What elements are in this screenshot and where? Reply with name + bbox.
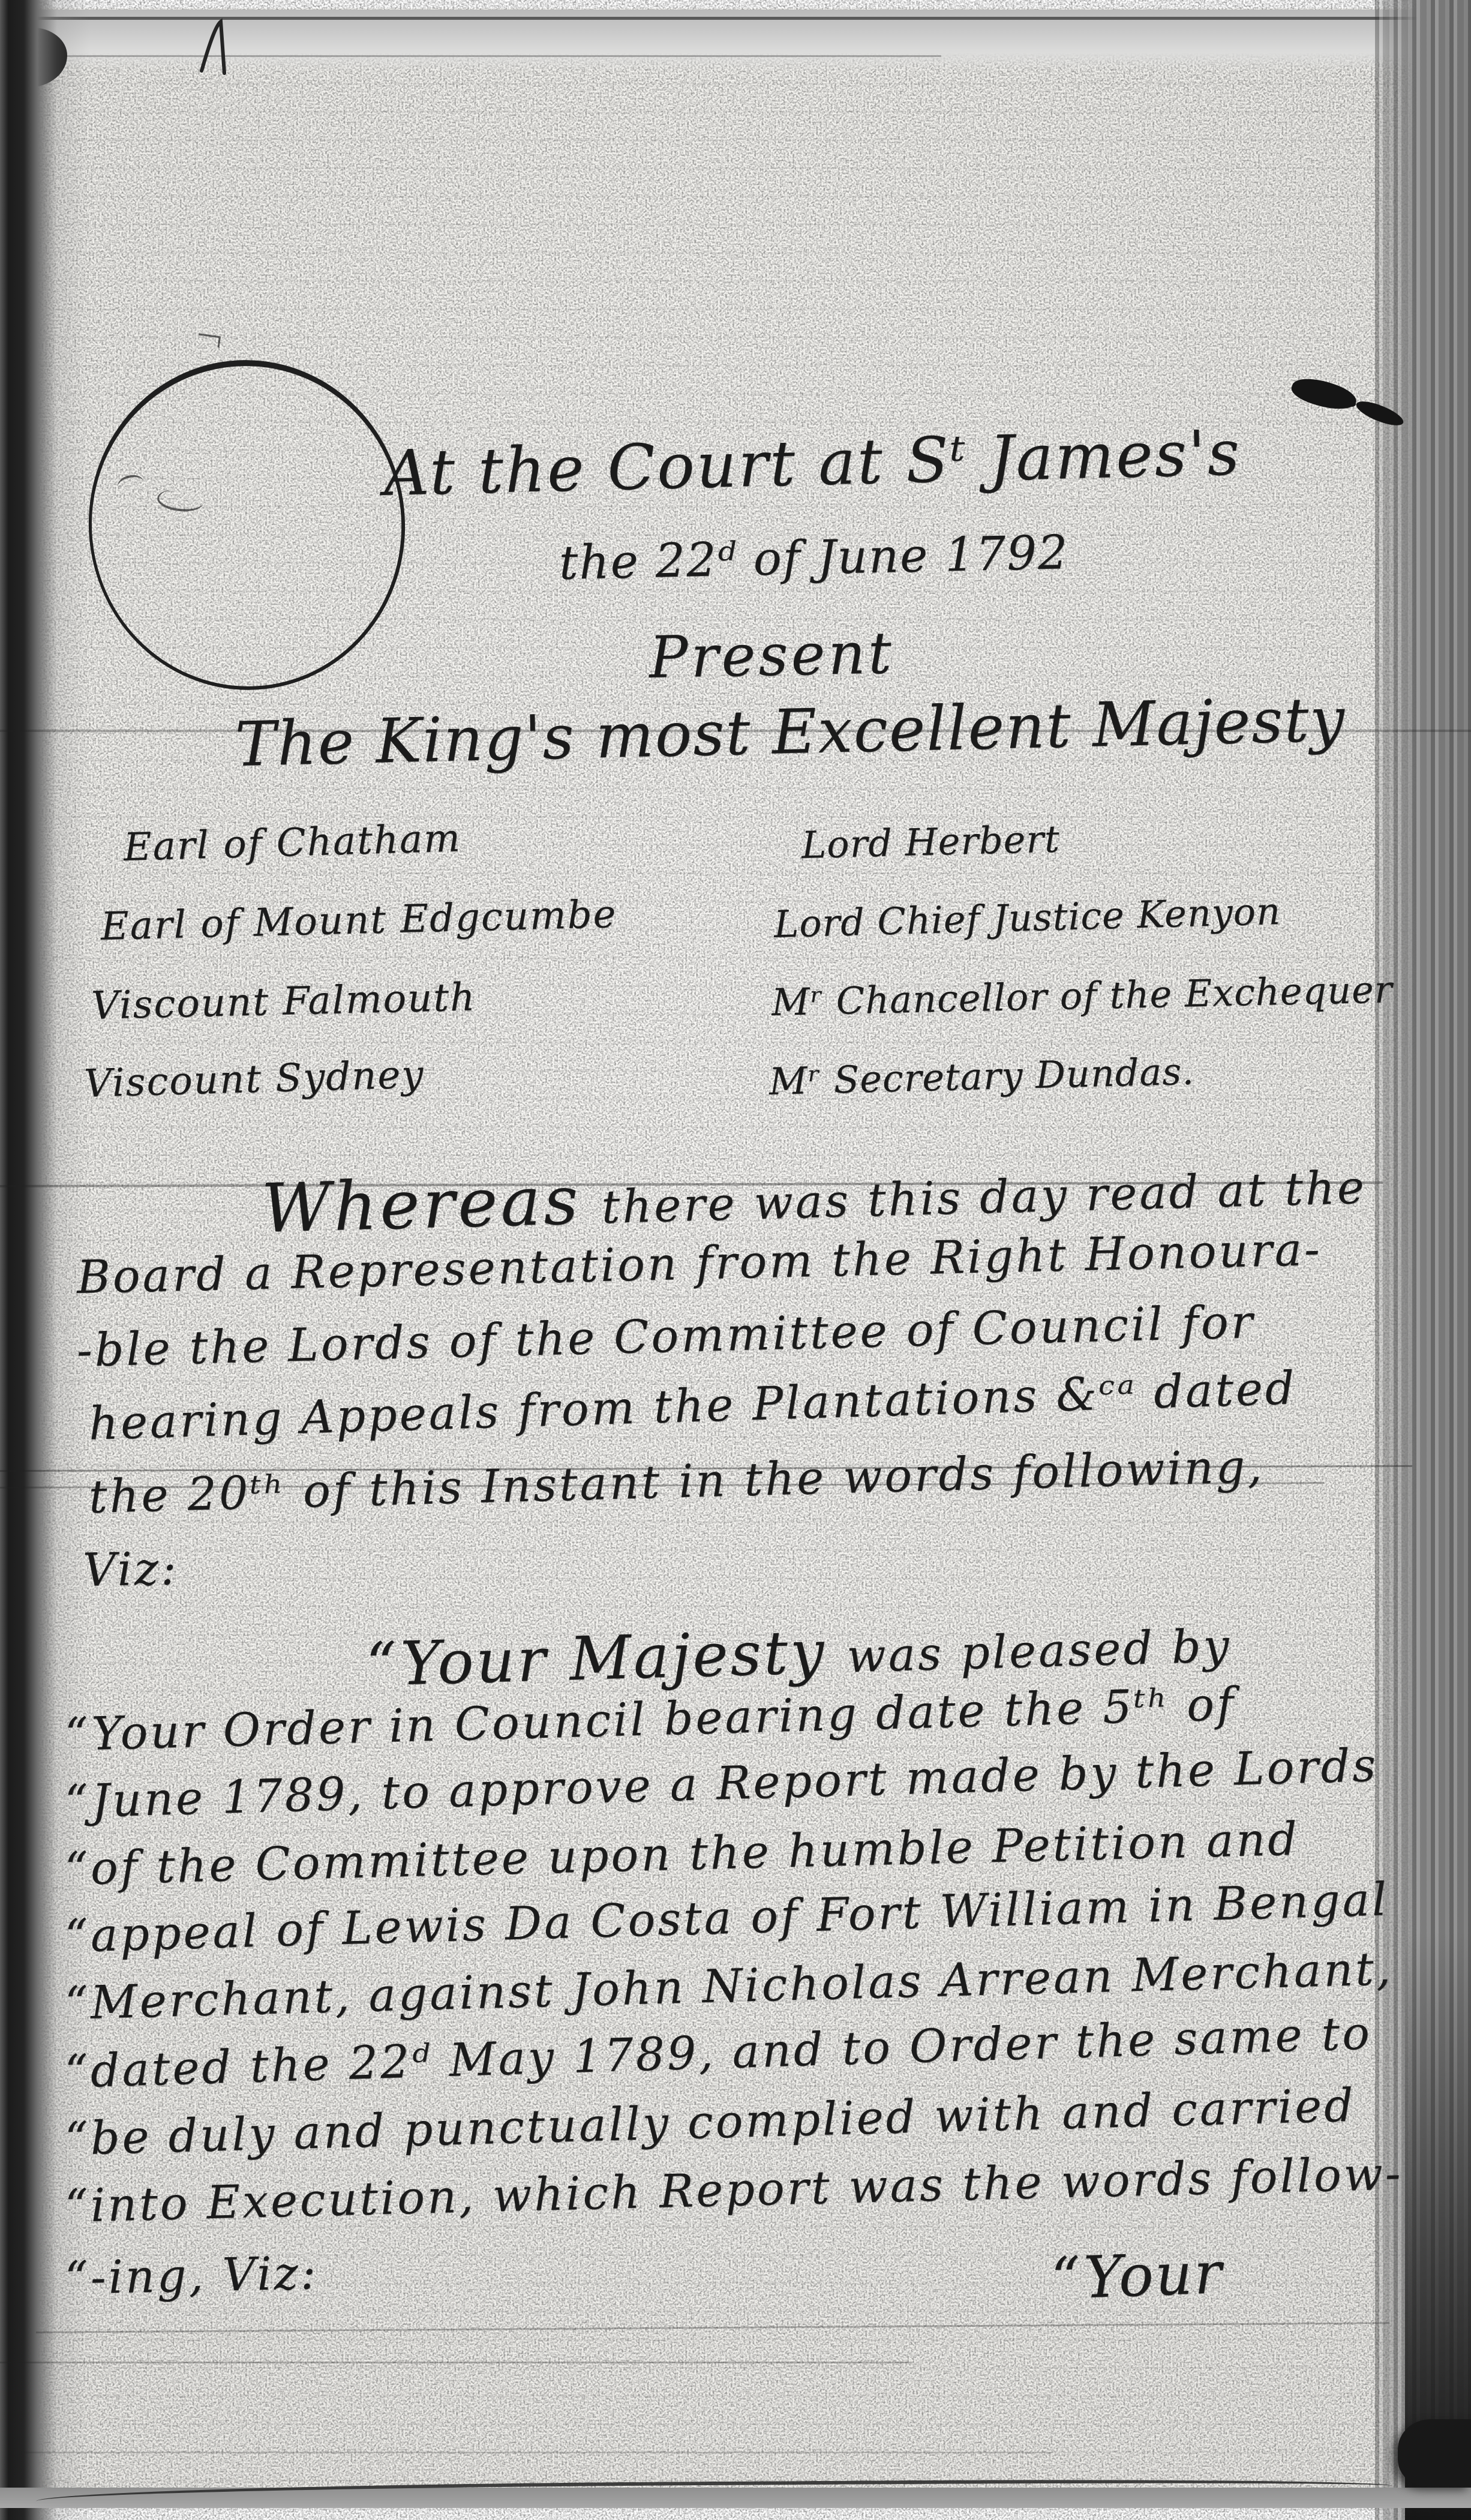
bottom-right-corner-shadow (1398, 2419, 1471, 2486)
show-through-line (0, 2362, 912, 2363)
paragraph1-line-6: Viz: (82, 1541, 179, 1597)
paragraph2-lead-words: “Your Majesty (365, 1617, 827, 1700)
pen-caret-mark (198, 18, 246, 78)
attendee-left-4: Viscount Sydney (83, 1052, 425, 1106)
catchword: “Your (1050, 2239, 1224, 2312)
attendee-right-1: Lord Herbert (801, 817, 1061, 867)
show-through-line (0, 730, 1471, 732)
court-date-line: the 22ᵈ of June 1792 (559, 526, 1069, 590)
manuscript-page: At the Court at Sᵗ James's the 22ᵈ of Ju… (0, 0, 1471, 2520)
ink-blot (1349, 401, 1356, 407)
top-edge-rule-faint (0, 55, 941, 57)
present-heading: Present (649, 619, 895, 691)
attendee-left-3: Viscount Falmouth (91, 975, 476, 1028)
paragraph1-lead-word: Whereas (260, 1162, 582, 1248)
show-through-line (24, 2452, 1053, 2453)
attendee-left-1: Earl of Chatham (123, 816, 462, 870)
paragraph2-line-10: “-ing, Viz: (64, 2246, 319, 2305)
